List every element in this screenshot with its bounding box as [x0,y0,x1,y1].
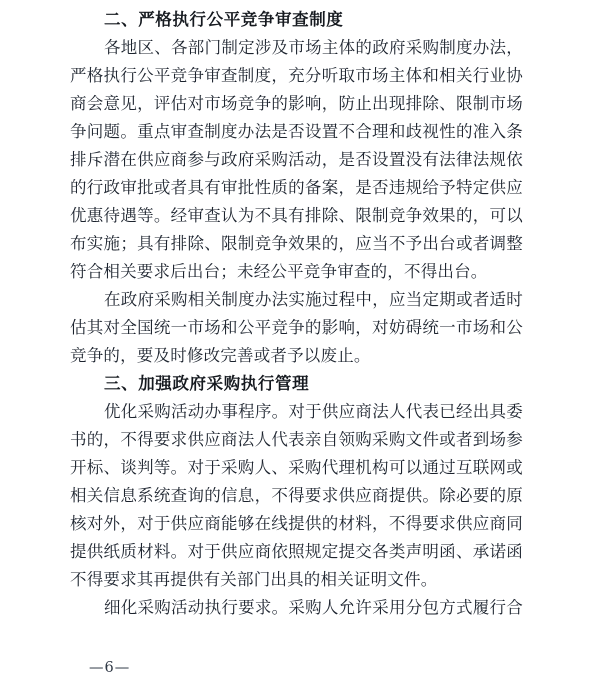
body-text-line: 的行政审批或者具有审批性质的备案，是否违规给予特定供应商 [70,174,523,202]
body-text-line: 相关信息系统查询的信息，不得要求供应商提供。除必要的原件 [70,482,523,510]
page-number: —6— [89,656,130,680]
body-text-line: 争问题。重点审查制度办法是否设置不合理和歧视性的准入条件 [70,118,523,146]
body-text-line: 细化采购活动执行要求。采购人允许采用分包方式履行合同 [70,594,523,622]
body-text-line: 布实施；具有排除、限制竞争效果的，应当不予出台或者调整至 [70,230,523,258]
body-text-line: 优惠待遇等。经审查认为不具有排除、限制竞争效果的，可以颁 [70,202,523,230]
body-text-line: 核对外，对于供应商能够在线提供的材料，不得要求供应商同时 [70,510,523,538]
body-text-line: 优化采购活动办事程序。对于供应商法人代表已经出具委托 [70,398,523,426]
body-text-line: 符合相关要求后出台；未经公平竞争审查的，不得出台。 [70,258,523,286]
body-text-line: 排斥潜在供应商参与政府采购活动，是否设置没有法律法规依据 [70,146,523,174]
body-text-line: 竞争的，要及时修改完善或者予以废止。 [70,342,523,370]
body-text-line: 开标、谈判等。对于采购人、采购代理机构可以通过互联网或者 [70,454,523,482]
body-text-line: 书的，不得要求供应商法人代表亲自领购采购文件或者到场参加 [70,426,523,454]
body-text-line: 提供纸质材料。对于供应商依照规定提交各类声明函、承诺函的， [70,538,523,566]
body-text-line: 严格执行公平竞争审查制度，充分听取市场主体和相关行业协会 [70,62,523,90]
body-text-line: 商会意见，评估对市场竞争的影响，防止出现排除、限制市场竞 [70,90,523,118]
body-text-line: 在政府采购相关制度办法实施过程中，应当定期或者适时评 [70,286,523,314]
document-page: 二、严格执行公平竞争审查制度各地区、各部门制定涉及市场主体的政府采购制度办法，要… [0,0,592,692]
section-heading: 三、加强政府采购执行管理 [70,370,523,398]
body-text-line: 估其对全国统一市场和公平竞争的影响，对妨碍统一市场和公平 [70,314,523,342]
body-text-line: 各地区、各部门制定涉及市场主体的政府采购制度办法，要 [70,34,523,62]
body-text-line: 不得要求其再提供有关部门出具的相关证明文件。 [70,566,523,594]
document-body: 二、严格执行公平竞争审查制度各地区、各部门制定涉及市场主体的政府采购制度办法，要… [70,6,523,622]
section-heading: 二、严格执行公平竞争审查制度 [70,6,523,34]
